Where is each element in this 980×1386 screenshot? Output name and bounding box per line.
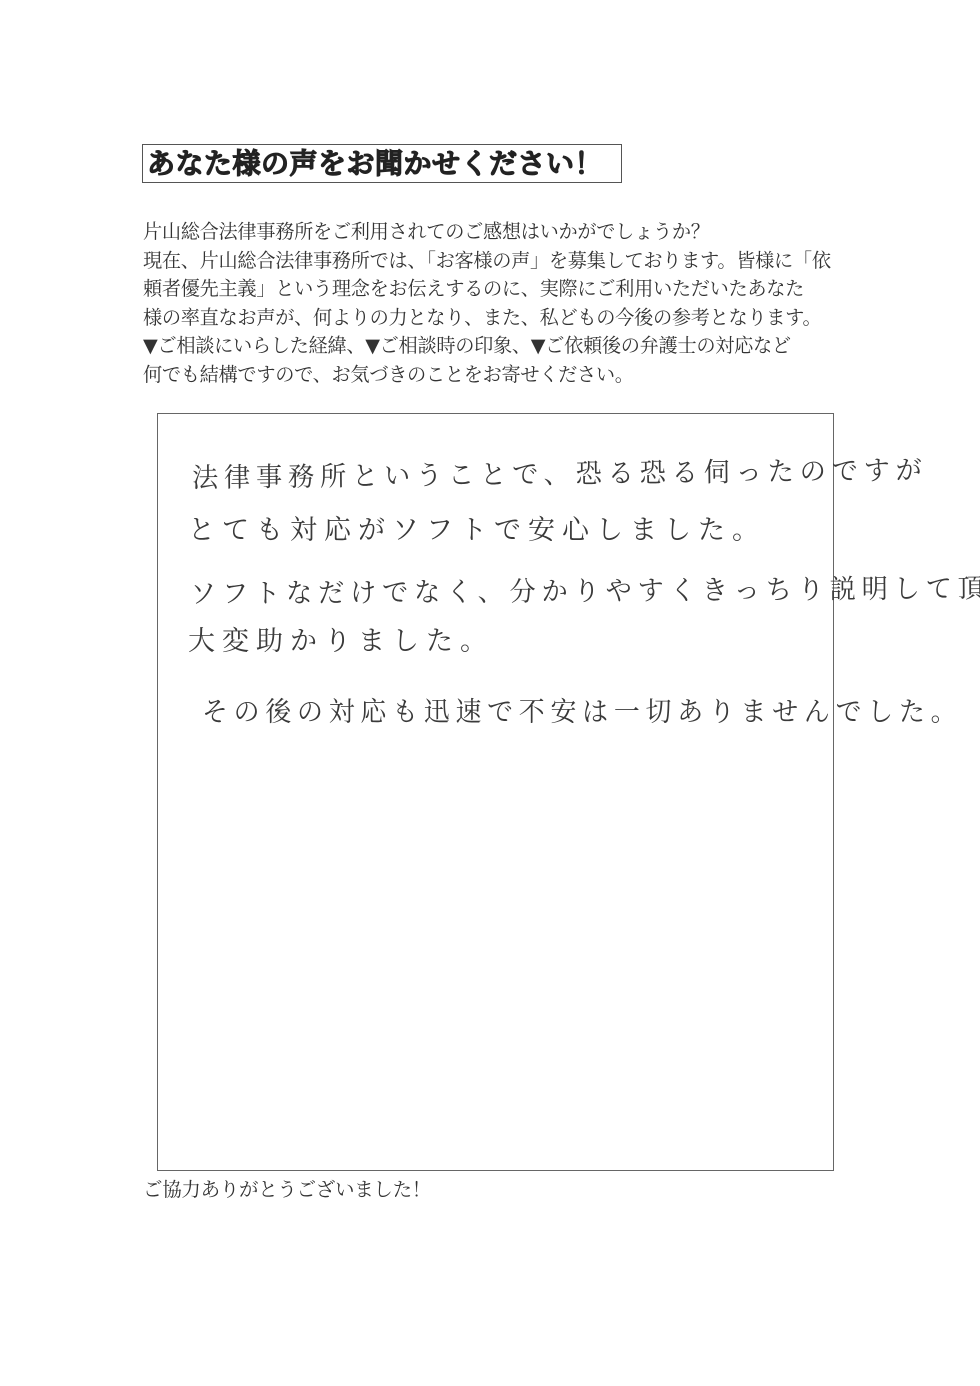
handwritten-line: 大変助かりました。 — [188, 619, 494, 658]
testimonial-form-page: あなた様の声をお聞かせください！ 片山総合法律事務所をご利用されてのご感想はいか… — [0, 0, 980, 1386]
intro-line: ▼ご相談にいらした経緯、▼ご相談時の印象、▼ご依頼後の弁護士の対応など — [143, 332, 863, 361]
intro-text-block: 片山総合法律事務所をご利用されてのご感想はいかがでしょうか？ 現在、片山総合法律… — [143, 218, 863, 390]
handwritten-answer-box: 法律事務所ということで、恐る恐る伺ったのですが とても対応がソフトで安心しました… — [157, 413, 834, 1171]
title-banner: あなた様の声をお聞かせください！ — [142, 144, 622, 183]
handwritten-line: ソフトなだけでなく、分かりやすくきっちり説明して頂き — [190, 566, 980, 611]
intro-line: 様の率直なお声が、何よりの力となり、また、私どもの今後の参考となります。 — [143, 304, 863, 333]
intro-line: 頼者優先主義」という理念をお伝えするのに、実際にご利用いただいたあなた — [143, 275, 863, 304]
handwritten-line: とても対応がソフトで安心しました。 — [188, 508, 766, 547]
closing-thanks: ご協力ありがとうございました！ — [143, 1174, 431, 1202]
intro-line: 現在、片山総合法律事務所では、「お客様の声」を募集しております。皆様に「依 — [143, 247, 863, 276]
handwritten-line: 法律事務所ということで、恐る恐る伺ったのですが — [192, 448, 928, 495]
intro-line: 片山総合法律事務所をご利用されてのご感想はいかがでしょうか？ — [143, 218, 863, 247]
handwritten-line: その後の対応も迅速で不安は一切ありませんでした。 — [202, 690, 962, 729]
intro-line: 何でも結構ですので、お気づきのことをお寄せください。 — [143, 361, 863, 390]
page-title: あなた様の声をお聞かせください！ — [147, 150, 603, 178]
